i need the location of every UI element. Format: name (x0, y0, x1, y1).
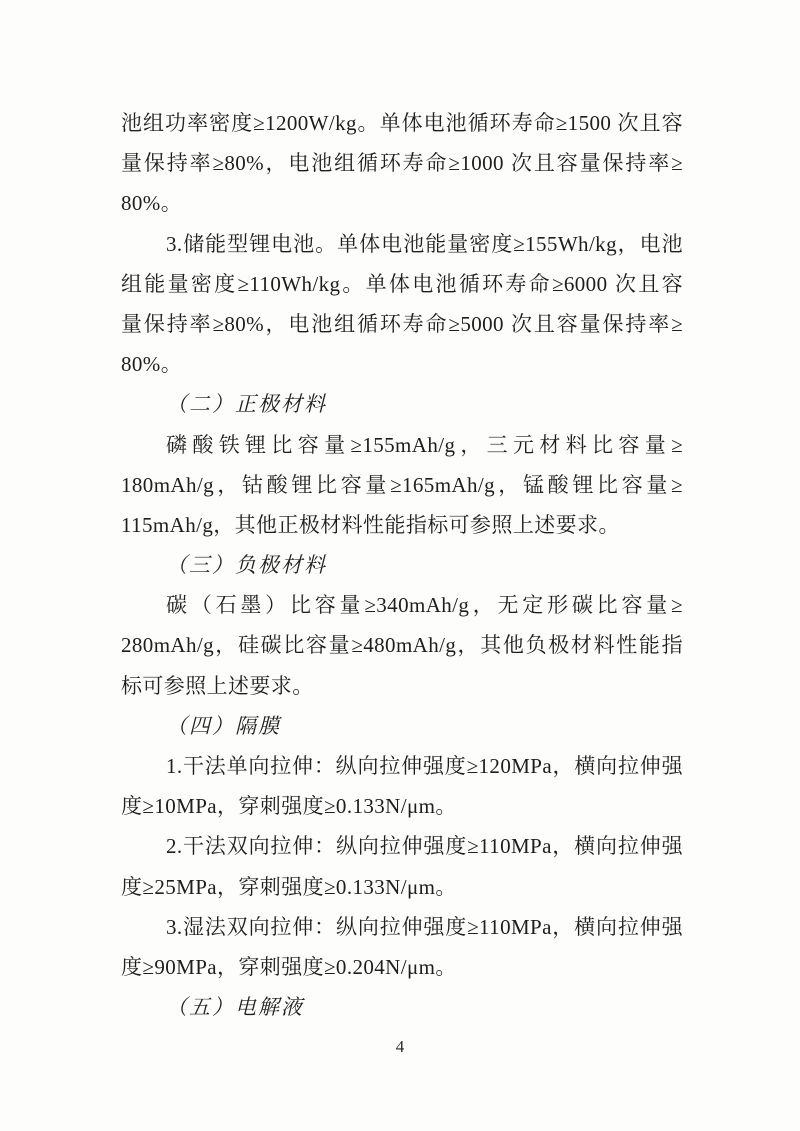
section-heading: （二）正极材料 (121, 384, 683, 424)
text-line: 180mAh/g，钴酸锂比容量≥165mAh/g，锰酸锂比容量≥ (121, 465, 683, 505)
text-line: 80%。 (121, 344, 683, 384)
text-line: 115mAh/g，其他正极材料性能指标可参照上述要求。 (121, 505, 683, 545)
text-line: 碳（石墨）比容量≥340mAh/g，无定形碳比容量≥ (121, 585, 683, 625)
text-line: 3.湿法双向拉伸：纵向拉伸强度≥110MPa，横向拉伸强 (121, 907, 683, 947)
text-line: 磷酸铁锂比容量≥155mAh/g，三元材料比容量≥ (121, 425, 683, 465)
section-heading: （四）隔膜 (121, 706, 683, 746)
section-heading: （三）负极材料 (121, 545, 683, 585)
text-line: 量保持率≥80%，电池组循环寿命≥1000 次且容量保持率≥ (121, 143, 683, 183)
text-line: 3.储能型锂电池。单体电池能量密度≥155Wh/kg，电池 (121, 224, 683, 264)
text-line: 1.干法单向拉伸：纵向拉伸强度≥120MPa，横向拉伸强 (121, 746, 683, 786)
document-page: 池组功率密度≥1200W/kg。单体电池循环寿命≥1500 次且容量保持率≥80… (0, 0, 800, 1131)
text-line: 标可参照上述要求。 (121, 666, 683, 706)
section-heading: （五）电解液 (121, 987, 683, 1027)
text-line: 量保持率≥80%，电池组循环寿命≥5000 次且容量保持率≥ (121, 304, 683, 344)
text-line: 度≥10MPa，穿刺强度≥0.133N/μm。 (121, 786, 683, 826)
text-line: 池组功率密度≥1200W/kg。单体电池循环寿命≥1500 次且容 (121, 103, 683, 143)
text-line: 2.干法双向拉伸：纵向拉伸强度≥110MPa，横向拉伸强 (121, 826, 683, 866)
text-block: 池组功率密度≥1200W/kg。单体电池循环寿命≥1500 次且容量保持率≥80… (121, 103, 683, 1027)
text-line: 80%。 (121, 183, 683, 223)
page-number: 4 (0, 1037, 800, 1057)
text-line: 组能量密度≥110Wh/kg。单体电池循环寿命≥6000 次且容 (121, 264, 683, 304)
text-line: 度≥90MPa，穿刺强度≥0.204N/μm。 (121, 947, 683, 987)
text-line: 280mAh/g，硅碳比容量≥480mAh/g，其他负极材料性能指 (121, 625, 683, 665)
text-line: 度≥25MPa，穿刺强度≥0.133N/μm。 (121, 867, 683, 907)
